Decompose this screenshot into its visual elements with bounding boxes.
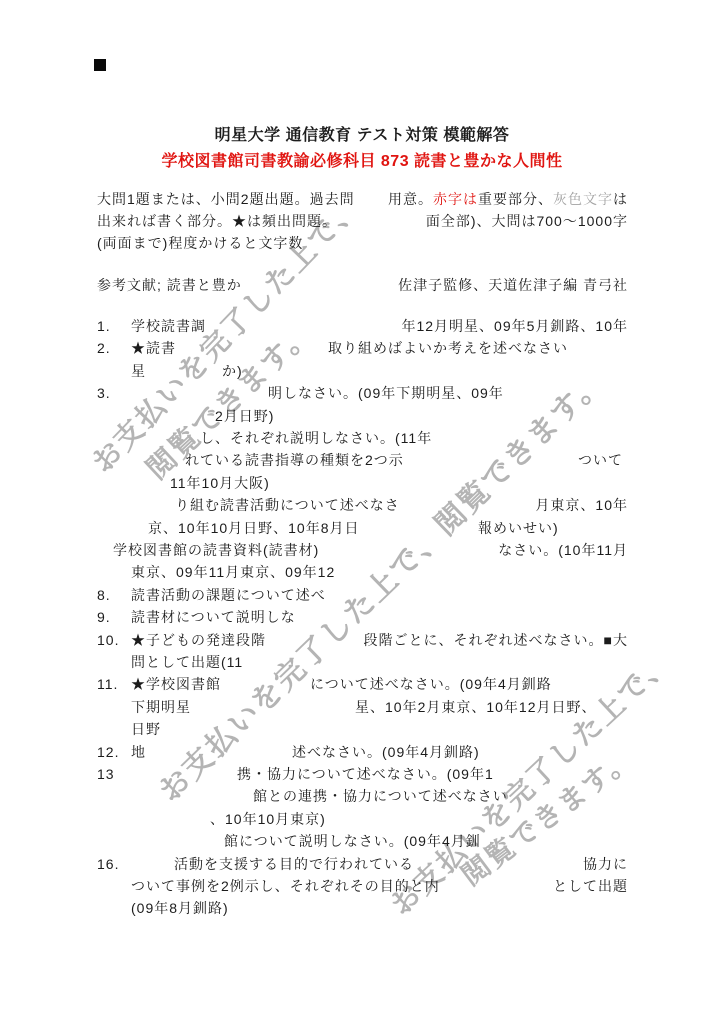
text-line-fragment: 日野: [131, 721, 161, 738]
text-run: 1.: [97, 318, 111, 334]
text-run: り組む読書活動について述べなさ: [175, 497, 400, 513]
text-line-fragment: (09年8月釧路): [131, 900, 229, 917]
text-run: 報めいせい): [478, 520, 559, 536]
text-line-fragment: 述べなさい。(09年4月釧路): [292, 744, 480, 761]
text-run: 星、10年2月東京、10年12月日野、: [355, 699, 597, 715]
text-line-fragment: 館について説明しなさい。(09年4月釧: [224, 833, 481, 850]
text-line-fragment: 9.: [97, 609, 111, 626]
text-line-fragment: ついて: [578, 452, 623, 469]
highlighted-text: 灰色文字: [553, 191, 613, 207]
text-line-fragment: 携・協力について述べなさい。(09年1: [237, 766, 494, 783]
text-run: 携・協力について述べなさい。(09年1: [237, 766, 494, 782]
text-run: 協力に: [583, 856, 628, 872]
text-line-fragment: 取り組めばよいか考えを述べなさい: [328, 340, 568, 357]
text-run: 日野: [131, 721, 161, 737]
text-run: (両面まで)程度かけると文字数: [97, 235, 303, 251]
text-line-fragment: 3.: [97, 385, 111, 402]
text-line-fragment: 活動を支援する目的で行われている: [174, 856, 414, 873]
text-line-fragment: 学校読書調: [131, 318, 206, 335]
text-line-fragment: 館との連携・協力について述べなさい: [253, 788, 508, 805]
text-line-fragment: 2月日野): [215, 408, 274, 425]
text-run: ついて: [578, 452, 623, 468]
text-run: 京、10年10月日野、10年8月日: [148, 520, 360, 536]
text-run: 3.: [97, 385, 111, 401]
text-line-fragment: か): [222, 363, 243, 380]
text-run: 参考文献; 読書と豊か: [97, 277, 242, 293]
text-line-fragment: れている読書指導の種類を2つ示: [185, 452, 404, 469]
text-run: 地: [131, 744, 146, 760]
text-line-fragment: 月東京、10年: [535, 497, 628, 514]
text-line-fragment: 段階ごとに、それぞれ述べなさい。■大: [364, 632, 628, 649]
text-run: 10.: [97, 632, 119, 648]
text-line-fragment: 下期明星: [131, 699, 191, 716]
text-line-fragment: 星、10年2月東京、10年12月日野、: [355, 699, 597, 716]
text-run: 読書材について説明しな: [131, 609, 296, 625]
text-run: し、それぞれ説明しなさい。(11年: [200, 430, 432, 446]
text-line-fragment: 、10年10月東京): [210, 811, 326, 828]
corner-mark: [94, 59, 106, 71]
text-line-fragment: 協力に: [583, 856, 628, 873]
text-run: ついて事例を2例示し、それぞれその目的と内: [131, 878, 440, 894]
text-line-fragment: 京、10年10月日野、10年8月日: [148, 520, 360, 537]
text-line-fragment: し、それぞれ説明しなさい。(11年: [200, 430, 432, 447]
text-run: 用意。: [388, 191, 433, 207]
text-line-fragment: 1.: [97, 318, 111, 335]
text-run: 年12月明星、09年5月釧路、10年: [401, 318, 628, 334]
text-run: は: [613, 191, 628, 207]
text-run: 星: [131, 363, 146, 379]
text-run: 16.: [97, 856, 119, 872]
text-run: 大問1題または、小問2題出題。過去問: [97, 191, 355, 207]
text-run: について述べなさい。(09年4月釧路: [310, 676, 552, 692]
text-run: 佐津子監修、天道佐津子編 青弓社: [398, 277, 628, 293]
text-line-fragment: (両面まで)程度かけると文字数: [97, 235, 303, 252]
text-run: か): [222, 363, 243, 379]
text-line-fragment: ★子どもの発達段階: [131, 632, 266, 649]
text-run: として出題: [553, 878, 628, 894]
text-line-fragment: ★学校図書館: [131, 676, 221, 693]
text-run: 問として出題(11: [131, 654, 243, 670]
text-run: 12.: [97, 744, 119, 760]
text-run: 活動を支援する目的で行われている: [174, 856, 414, 872]
text-line-fragment: 読書材について説明しな: [131, 609, 296, 626]
text-line-fragment: 11年10月大阪): [170, 475, 270, 492]
text-run: 東京、09年11月東京、09年12: [131, 564, 335, 580]
text-line-fragment: 13: [97, 766, 115, 783]
text-line-fragment: について述べなさい。(09年4月釧路: [310, 676, 552, 693]
text-run: 2月日野): [215, 408, 274, 424]
text-run: 月東京、10年: [535, 497, 628, 513]
text-run: ★読書: [131, 340, 176, 356]
text-run: 読書活動の課題について述べ: [131, 587, 326, 603]
text-line-fragment: 面全部)、大問は700〜1000字: [426, 213, 628, 230]
text-line-fragment: 明しなさい。(09年下期明星、09年: [268, 385, 504, 402]
highlighted-text: 赤字は: [433, 191, 478, 207]
text-line-fragment: ★読書: [131, 340, 176, 357]
text-run: 取り組めばよいか考えを述べなさい: [328, 340, 568, 356]
text-line-fragment: 読書活動の課題について述べ: [131, 587, 326, 604]
text-run: 学校読書調: [131, 318, 206, 334]
text-run: 重要部分、: [478, 191, 553, 207]
text-run: ★子どもの発達段階: [131, 632, 266, 648]
text-line-fragment: として出題: [553, 878, 628, 895]
text-run: 明しなさい。(09年下期明星、09年: [268, 385, 504, 401]
text-line-fragment: 東京、09年11月東京、09年12: [131, 564, 335, 581]
text-run: なさい。(10年11月: [498, 542, 628, 558]
text-line-fragment: 大問1題または、小問2題出題。過去問: [97, 191, 355, 208]
text-run: 面全部)、大問は700〜1000字: [426, 213, 628, 229]
text-run: 8.: [97, 587, 111, 603]
text-line-fragment: 10.: [97, 632, 119, 649]
text-line-fragment: 出来れば書く部分。★は頻出問題。: [97, 213, 337, 230]
text-run: 下期明星: [131, 699, 191, 715]
text-run: 11.: [97, 676, 118, 692]
text-run: 出来れば書く部分。★は頻出問題。: [97, 213, 337, 229]
text-run: ★学校図書館: [131, 676, 221, 692]
text-run: 館との連携・協力について述べなさい: [253, 788, 508, 804]
text-line-fragment: 地: [131, 744, 146, 761]
text-line-fragment: なさい。(10年11月: [498, 542, 628, 559]
text-line-fragment: 佐津子監修、天道佐津子編 青弓社: [398, 277, 628, 294]
text-run: 13: [97, 766, 115, 782]
text-run: 段階ごとに、それぞれ述べなさい。■大: [364, 632, 628, 648]
text-run: 11年10月大阪): [170, 475, 270, 491]
text-line-fragment: 用意。赤字は重要部分、灰色文字は: [388, 191, 628, 208]
text-line-fragment: り組む読書活動について述べなさ: [175, 497, 400, 514]
text-run: 、10年10月東京): [210, 811, 326, 827]
text-line-fragment: 年12月明星、09年5月釧路、10年: [401, 318, 628, 335]
text-run: 学校図書館の読書資料(読書材): [113, 542, 319, 558]
text-run: 述べなさい。(09年4月釧路): [292, 744, 480, 760]
text-line-fragment: ついて事例を2例示し、それぞれその目的と内: [131, 878, 440, 895]
text-run: 2.: [97, 340, 111, 356]
text-line-fragment: 報めいせい): [478, 520, 559, 537]
text-run: 9.: [97, 609, 111, 625]
text-line-fragment: 参考文献; 読書と豊か: [97, 277, 242, 294]
text-line-fragment: 12.: [97, 744, 119, 761]
text-line-fragment: 星: [131, 363, 146, 380]
text-line-fragment: 16.: [97, 856, 119, 873]
document-page: 明星大学 通信教育 テスト対策 模範解答 学校図書館司書教諭必修科目 873 読…: [0, 0, 724, 1024]
text-line-fragment: 学校図書館の読書資料(読書材): [113, 542, 319, 559]
text-run: (09年8月釧路): [131, 900, 229, 916]
text-line-fragment: 8.: [97, 587, 111, 604]
text-layer: 大問1題または、小問2題出題。過去問用意。赤字は重要部分、灰色文字は出来れば書く…: [0, 0, 724, 1024]
text-run: れている読書指導の種類を2つ示: [185, 452, 404, 468]
text-run: 館について説明しなさい。(09年4月釧: [224, 833, 481, 849]
text-line-fragment: 2.: [97, 340, 111, 357]
text-line-fragment: 問として出題(11: [131, 654, 243, 671]
text-line-fragment: 11.: [97, 676, 118, 693]
